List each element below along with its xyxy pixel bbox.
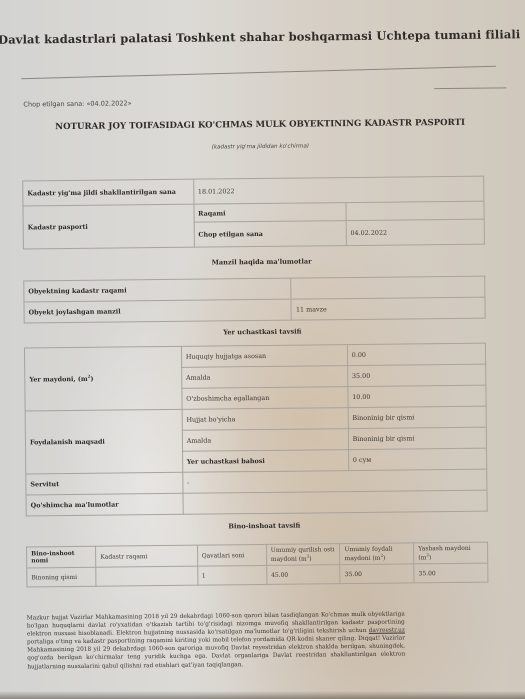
print-date-line: Chop etilgan sana: «04.02.2022»	[23, 99, 131, 108]
column-header: Qavatlari soni	[197, 544, 266, 566]
formed-date-value: 18.01.2022	[193, 176, 484, 204]
land-area-label: Yer maydoni, (m2)	[24, 346, 181, 411]
purpose-row-value: Binoninig bir qismi	[348, 406, 487, 428]
land-section-heading: Yer uchastkasi tavsifi	[0, 325, 525, 338]
land-area-row-label: O'zboshimcha egallangan	[182, 387, 348, 410]
document-subtitle: (kadastr yig'ma jildidan ko'chirma)	[0, 141, 523, 152]
building-built-area: 45.00	[266, 565, 340, 585]
building-living-area: 35.00	[414, 563, 488, 583]
column-header: Kadastr raqami	[96, 545, 198, 567]
address-table: Obyektning kadastr raqami Obyekt joylash…	[23, 276, 485, 324]
land-area-row-value: 0.00	[347, 343, 486, 365]
column-header: Umumiy foydali maydoni (m2)	[340, 543, 414, 565]
table-row: Binoning qismi 1 45.00 35.00 35.00	[27, 563, 488, 587]
extra-info-label: Qo'shimcha ma'lumotlar	[26, 493, 183, 516]
building-table: Bino-inshoot nomi Kadastr raqami Qavatla…	[26, 542, 488, 588]
table-row: Qo'shimcha ma'lumotlar	[26, 490, 487, 516]
portal-link[interactable]: davreestr.uz	[369, 628, 405, 634]
building-name: Binoning qismi	[27, 567, 96, 587]
column-header: Yashash maydoni (m2)	[414, 542, 488, 564]
extra-info-value	[183, 490, 487, 514]
table-row: Obyekt joylashgan manzil 11 mavze	[24, 297, 485, 323]
address-value: 11 mavze	[291, 297, 485, 320]
passport-print-date-value: 04.02.2022	[346, 219, 485, 245]
cadastral-number-value	[291, 276, 485, 299]
valuation-label: Yer uchastkasi bahosi	[182, 450, 348, 473]
header-divider	[21, 66, 496, 79]
organization-title: Davlat kadastrlari palatasi Toshkent sha…	[0, 27, 522, 46]
building-cadastral-number	[96, 566, 198, 586]
header-short-divider	[434, 87, 506, 89]
land-area-row-label: Huquqiy hujjatga asosan	[181, 345, 347, 368]
purpose-row-label: Amalda	[182, 429, 348, 452]
land-table: Yer maydoni, (m2) Huquqiy hujjatga asosa…	[24, 343, 488, 517]
valuation-value: 0 сум	[348, 448, 487, 470]
land-area-row-value: 35.00	[347, 364, 486, 386]
purpose-row-value: Binoninig bir qismi	[348, 427, 487, 449]
address-section-heading: Manzil haqida ma'lumotlar	[0, 255, 524, 268]
document-title: NOTURAR JOY TOIFASIDAGI KO'CHMAS MULK OB…	[0, 117, 523, 132]
legal-notice: Mazkur hujjat Vazirlar Mahkamasining 201…	[27, 610, 406, 671]
building-useful-area: 35.00	[340, 564, 414, 584]
formed-date-label: Kadastr yig'ma jildi shakllantirilgan sa…	[23, 179, 194, 206]
document-page: Davlat kadastrlari palatasi Toshkent sha…	[0, 0, 525, 699]
building-floors: 1	[197, 565, 266, 585]
photo-edge-shadow	[0, 691, 525, 699]
passport-number-value	[346, 201, 484, 220]
column-header: Bino-inshoot nomi	[27, 546, 96, 568]
servitut-label: Servitut	[26, 472, 183, 495]
land-area-row-label: Amalda	[181, 366, 347, 389]
purpose-row-label: Hujjat bo'yicha	[182, 408, 348, 431]
passport-table: Kadastr yig'ma jildi shakllantirilgan sa…	[22, 176, 485, 250]
column-header: Umumiy qurilish osti maydoni (m2)	[266, 544, 340, 566]
land-area-row-value: 10.00	[348, 385, 487, 407]
address-label: Obyekt joylashgan manzil	[24, 299, 292, 323]
purpose-label: Foydalanish maqsadi	[25, 409, 182, 474]
cadastral-number-label: Obyektning kadastr raqami	[24, 278, 292, 302]
building-section-heading: Bino-inshoat tavsifi	[2, 519, 525, 532]
passport-label: Kadastr pasporti	[23, 204, 194, 249]
passport-print-date-label: Chop etilgan sana	[194, 221, 346, 248]
passport-number-label: Raqami	[194, 203, 346, 223]
